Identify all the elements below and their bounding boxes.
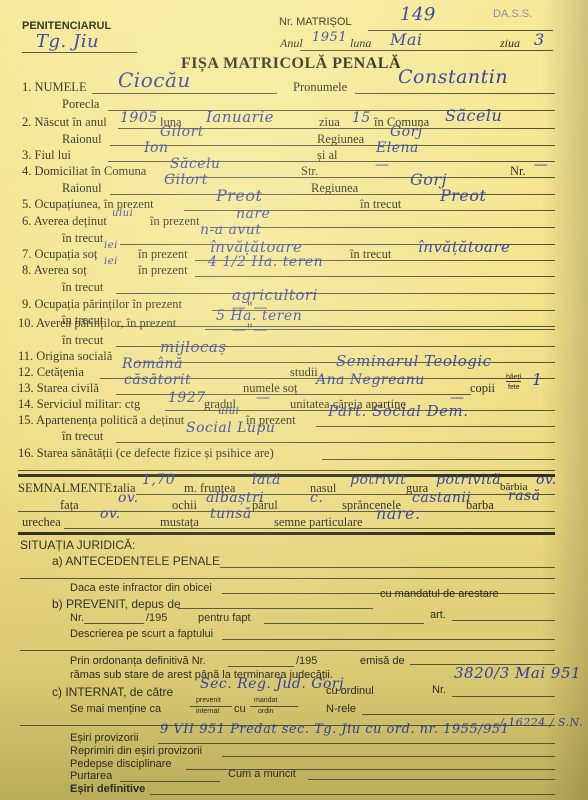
esiri-def-label: Eșiri definitive	[70, 783, 145, 795]
ordonanta-year: /195	[296, 655, 317, 667]
f4-raion-line	[110, 194, 555, 195]
frac1-top: prevenit	[196, 697, 221, 704]
f9-trecut-line	[116, 326, 555, 327]
f13-copii-boys: băeți	[506, 374, 521, 382]
gura-value: potrivită	[436, 472, 501, 488]
antecedente-line2	[20, 578, 555, 579]
descriere-label: Descrierea pe scurt a faptului	[70, 628, 213, 640]
date-line	[300, 50, 553, 51]
f7-label: 7. Ocupația soț	[22, 247, 97, 262]
month-label: luna	[350, 36, 371, 51]
f4-str: —	[375, 157, 390, 173]
page-title: FIȘA MATRICOLĂ PENALĂ	[181, 55, 401, 73]
f16-label: 16. Starea sănătății (ce defecte fizice …	[18, 446, 274, 461]
f4-nr: —	[534, 157, 549, 173]
f1-label2: Pronumele	[293, 80, 347, 95]
f6-trecut: n-a avut	[200, 222, 261, 238]
fruntea-value: lată	[252, 472, 281, 488]
mandat-label: cu mandatul de arestare	[380, 588, 499, 600]
semn-line-3	[64, 528, 555, 529]
esiri-prov-label: Eșiri provizorii	[70, 732, 138, 744]
barba-value: rasă	[508, 488, 541, 504]
reprimiri-label: Reprimiri din eșiri provizorii	[70, 745, 202, 757]
f10-trecut: —"—	[232, 322, 268, 338]
f15-label: 15. Apartenența politică a deținut	[18, 413, 184, 428]
f6-label: 6. Averea deținut	[22, 214, 107, 229]
f13-label: 13. Starea civilă	[18, 381, 99, 396]
institution-line	[22, 52, 137, 53]
f6-label-b: în prezent	[150, 214, 200, 229]
f2-raion: Gilort	[160, 124, 204, 140]
antecedente-label: a) ANTECEDENTELE PENALE	[52, 554, 220, 568]
mentine-label: Se mai menține ca	[70, 703, 161, 715]
f2-year: 1905	[120, 110, 158, 126]
f15-line	[316, 426, 555, 427]
antecedente-line	[220, 567, 555, 568]
f2-ziua: 15	[352, 110, 371, 126]
semn-line-2	[18, 511, 555, 512]
frac2-top: mandat	[254, 697, 277, 704]
f14-ctg: 1927	[168, 390, 206, 406]
muncit-label: Cum a muncit	[228, 768, 296, 780]
f1-label: 1. NUMELE	[22, 80, 87, 95]
purtarea-line	[120, 781, 220, 782]
nrele-line	[362, 714, 555, 715]
nrele-label: N-rele	[326, 703, 356, 715]
nasul-value: potrivit	[350, 472, 406, 488]
day-label: ziua	[500, 36, 520, 51]
sprancenele-value: castanii	[412, 490, 471, 506]
f7-suffix: iei	[104, 240, 118, 251]
f2-comuna: Săcelu	[445, 106, 502, 125]
f15-trecut-label: în trecut	[62, 429, 103, 444]
section-divider-2	[18, 532, 555, 535]
prison-record-card: PENITENCIARUL Tg. Jiu Nr. MATRIȘOL 149 D…	[0, 0, 588, 800]
purtarea-label: Purtarea	[70, 770, 112, 782]
frac1-bottom: internat	[196, 708, 219, 715]
semne-value: nare.	[376, 504, 421, 523]
f16-line	[322, 459, 555, 460]
nr-line	[84, 623, 144, 624]
f13-value: căsătorit	[124, 372, 191, 388]
f3-value2: Elena	[376, 140, 419, 156]
month-value: Mai	[390, 30, 423, 49]
f7-value2: învățătoare	[418, 238, 510, 256]
f8-label-b: în prezent	[138, 263, 188, 278]
nr-year: /195	[146, 612, 167, 624]
f4-raion: Gilort	[164, 172, 208, 188]
f3-value: Ion	[144, 140, 168, 156]
f2-luna: Ianuarie	[206, 108, 274, 126]
f8-label: 8. Averea soț	[22, 263, 87, 278]
descriere-line	[222, 639, 555, 640]
semn-line-1	[136, 494, 555, 495]
f14-label: 14. Serviciul militar: ctg	[18, 397, 140, 412]
prevenit-label: b) PREVENIT, depus de	[52, 597, 181, 611]
f1-value: Ciocău	[118, 68, 191, 92]
muncit-line	[308, 779, 555, 780]
pentru-label: pentru fapt	[198, 612, 251, 624]
f11-value: mijlocaș	[160, 338, 227, 356]
f12-value: Română	[122, 356, 183, 372]
ordin-label: cu ordinul	[326, 685, 374, 697]
art-line	[452, 620, 555, 621]
f15-trecut-line	[116, 442, 555, 443]
f7-label-b: în prezent	[138, 247, 188, 262]
pedepse-label: Pedepse disciplinare	[70, 758, 172, 770]
f12-value2: Seminarul Teologic	[336, 352, 492, 370]
infractor-label: Daca este infractor din obicei	[70, 582, 212, 594]
f8-suffix: iei	[104, 256, 118, 267]
urechea-label: urechea	[22, 515, 61, 530]
cu-label: cu	[234, 703, 246, 715]
frac1-bar	[190, 706, 232, 707]
year-label: Anul	[280, 36, 303, 51]
f4-line	[166, 177, 555, 178]
f13-copii-girls: fete	[508, 384, 520, 391]
f2-regiune: Gorj	[390, 124, 423, 140]
f10-trecut-label: în trecut	[62, 333, 103, 348]
internat-value: Sec. Reg. Jud. Gorj	[200, 676, 344, 692]
f8-trecut-line	[116, 293, 555, 294]
f11-label: 11. Origina socială	[18, 349, 112, 364]
f12-label: 12. Cetățenia	[18, 365, 84, 380]
f13-copii-value: 1	[532, 370, 543, 389]
f8-trecut-label: în trecut	[62, 280, 103, 295]
matricol-label: Nr. MATRIȘOL	[279, 16, 352, 28]
f15-value: Part. Social Dem.	[328, 402, 469, 420]
ordin-nr-label: Nr.	[432, 684, 446, 696]
esiri-prov-value: 9 VII 951 Predat sec. Tg. Jiu cu ord. nr…	[160, 722, 509, 737]
ordonanta-line	[228, 666, 294, 667]
f1-line2	[355, 93, 555, 94]
matricol-value: 149	[400, 4, 436, 25]
urechea-value: ov.	[100, 506, 121, 522]
f8-line	[195, 276, 555, 277]
barbia-value: ov.	[536, 472, 557, 488]
f6-suffix: ului	[112, 208, 133, 219]
f15-trecut: Social Lupu	[186, 420, 275, 436]
f1-value2: Constantin	[398, 66, 508, 88]
f10-label: 10. Averea părinților, în prezent	[18, 316, 176, 331]
archive-stamp: DA.S.S.	[493, 8, 532, 20]
prevenit-line	[178, 608, 373, 609]
frac2-bottom: ordin	[258, 708, 274, 715]
f5-value2: Preot	[440, 186, 486, 205]
f6-value: nare	[236, 206, 270, 222]
f8-value: 4 1/2 Ha. teren	[208, 254, 323, 270]
mustata-value: tunsă	[210, 506, 252, 522]
f6-trecut-label: în trecut	[62, 231, 103, 246]
f5-value: Preot	[216, 186, 262, 205]
talia-value: 1,70	[142, 472, 175, 488]
f2-raion-label: Raionul	[62, 132, 102, 147]
ordin-value: 3820/3 Mai 951	[454, 664, 581, 682]
day-value: 3	[534, 30, 545, 49]
parul-value: c.	[310, 490, 323, 506]
institution-value: Tg. Jiu	[36, 31, 99, 52]
f13-value2: Ana Negreanu	[316, 372, 425, 388]
porecla-label: Porecla	[62, 97, 99, 112]
nr-label: Nr.	[70, 612, 84, 624]
ordonanta-label: Prin ordonanța definitivă Nr.	[70, 655, 206, 667]
f9-label: 9. Ocupația părinților în prezent	[22, 297, 182, 312]
f13-copii-label: copii	[470, 381, 495, 396]
reprimiri-line	[222, 756, 555, 757]
f16-line2	[18, 470, 555, 471]
juridica-title: SITUAȚIA JURIDICĂ:	[20, 538, 135, 552]
f6-line	[210, 227, 555, 228]
pentru-line	[264, 623, 424, 624]
art-label: art.	[430, 609, 446, 621]
f3-label: 3. Fiul lui	[22, 148, 71, 163]
emisa-label: emisă de	[360, 655, 405, 667]
f4-label: 4. Domiciliat în Comuna	[22, 164, 146, 179]
f4-raion-label: Raionul	[62, 181, 102, 196]
f15-suffix: ului	[218, 406, 239, 417]
f14-grad: —	[256, 390, 271, 406]
fata-value: ov.	[118, 490, 139, 506]
esiri-def-line	[150, 794, 555, 795]
internat-label: c) INTERNAT, de către	[52, 685, 173, 699]
esiri-prov-line	[158, 743, 555, 744]
f2-raion-line	[110, 145, 555, 146]
f4-value: Săcelu	[170, 156, 221, 172]
ordin-line	[452, 696, 555, 697]
f5-label: 5. Ocupațiunea, în prezent	[22, 197, 154, 212]
semnalmente-title: SEMNALMENTE:	[18, 481, 116, 496]
descriere-line2	[20, 650, 555, 651]
frac2-bar	[250, 706, 298, 707]
year-value: 1951	[312, 30, 347, 45]
f1-line	[92, 93, 277, 94]
esiri-prov-note: / 16224 / S.N.	[500, 716, 583, 729]
f2-label: 2. Născut în anul	[22, 115, 107, 130]
